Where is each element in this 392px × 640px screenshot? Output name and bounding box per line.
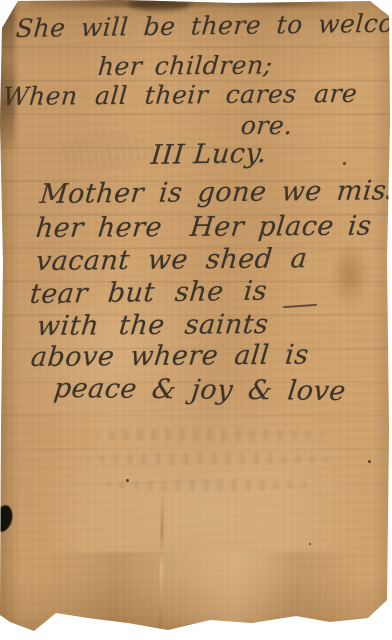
handwriting-line: She will be there to welcome <box>15 8 392 43</box>
handwriting-line: above where all is <box>30 340 311 373</box>
handwriting-line: peace & joy & love <box>52 373 347 407</box>
paper-speck <box>309 543 311 545</box>
handwriting-line: vacant we shed a <box>35 243 309 277</box>
edge-smudge-top <box>30 0 345 7</box>
paper-sheet: She will be there to welcome her childre… <box>0 0 392 640</box>
handwriting-line: her children; <box>97 50 274 81</box>
verse-heading: III Lucy. <box>150 138 268 171</box>
smudge-top-center <box>128 0 190 11</box>
scanned-page: She will be there to welcome her childre… <box>0 0 392 640</box>
handwriting-line: tear but she is <box>29 276 269 310</box>
handwriting-line: with the saints <box>36 309 271 342</box>
handwriting-line: her here Her place is <box>34 211 373 244</box>
handwriting-line: When all their cares are <box>2 79 359 111</box>
handwriting-line: Mother is gone we miss <box>39 175 392 210</box>
handwriting-line: ore. <box>240 111 294 140</box>
paper-wrinkle <box>0 552 392 624</box>
